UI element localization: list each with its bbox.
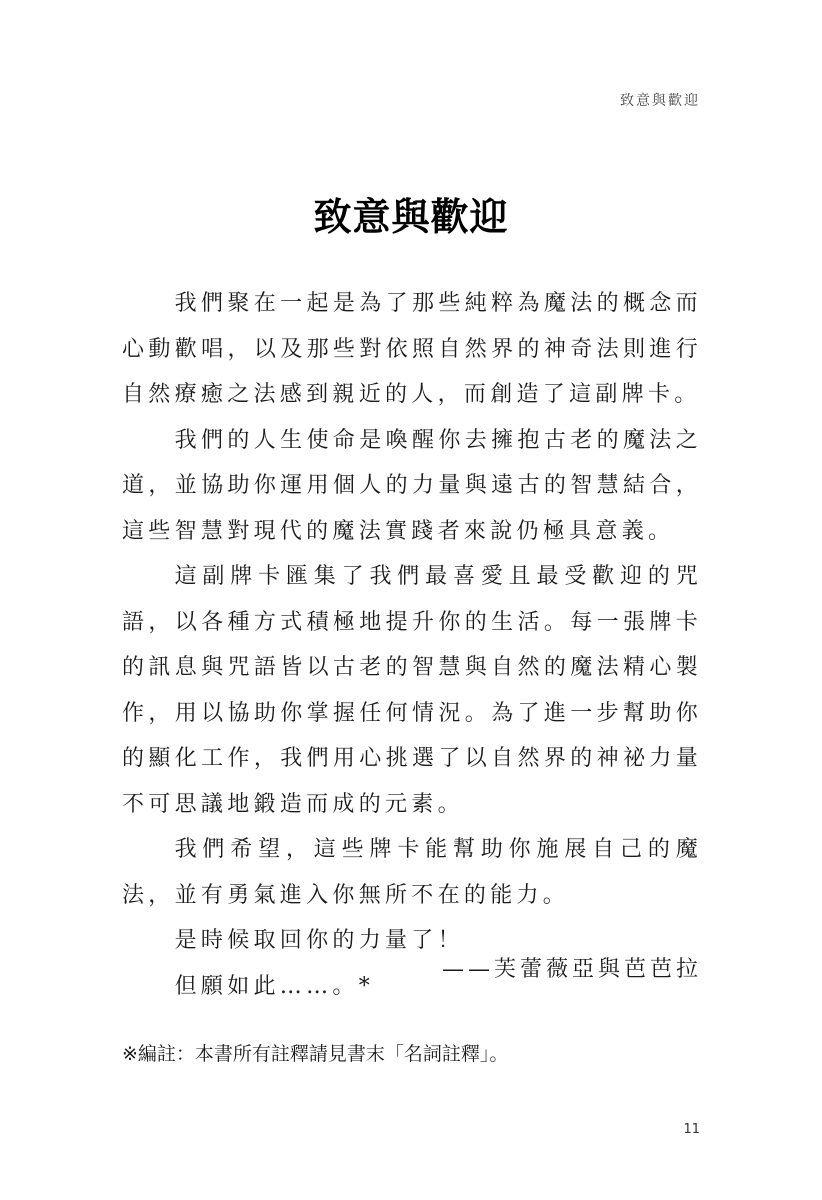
paragraph: 我們聚在一起是為了那些純粹為魔法的概念而心動歡唱，以及那些對依照自然界的神奇法則… (122, 281, 702, 418)
paragraph: 我們希望，這些牌卡能幫助你施展自己的魔法，並有勇氣進入你無所不在的能力。 (122, 827, 702, 918)
paragraph: 我們的人生使命是喚醒你去擁抱古老的魔法之道，並協助你運用個人的力量與遠古的智慧結… (122, 418, 702, 555)
page-number: 11 (683, 1122, 700, 1137)
page-title: 致意與歡迎 (0, 186, 822, 241)
running-header: 致意與歡迎 (620, 90, 700, 110)
paragraph: 這副牌卡匯集了我們最喜愛且最受歡迎的咒語，以各種方式積極地提升你的生活。每一張牌… (122, 554, 702, 827)
editor-note: ※編註：本書所有註釋請見書末「名詞註釋」。 (122, 1039, 508, 1066)
signature: ——芙蕾薇亞與芭芭拉 (442, 952, 702, 983)
body-text: 我們聚在一起是為了那些純粹為魔法的概念而心動歡唱，以及那些對依照自然界的神奇法則… (122, 281, 702, 1009)
